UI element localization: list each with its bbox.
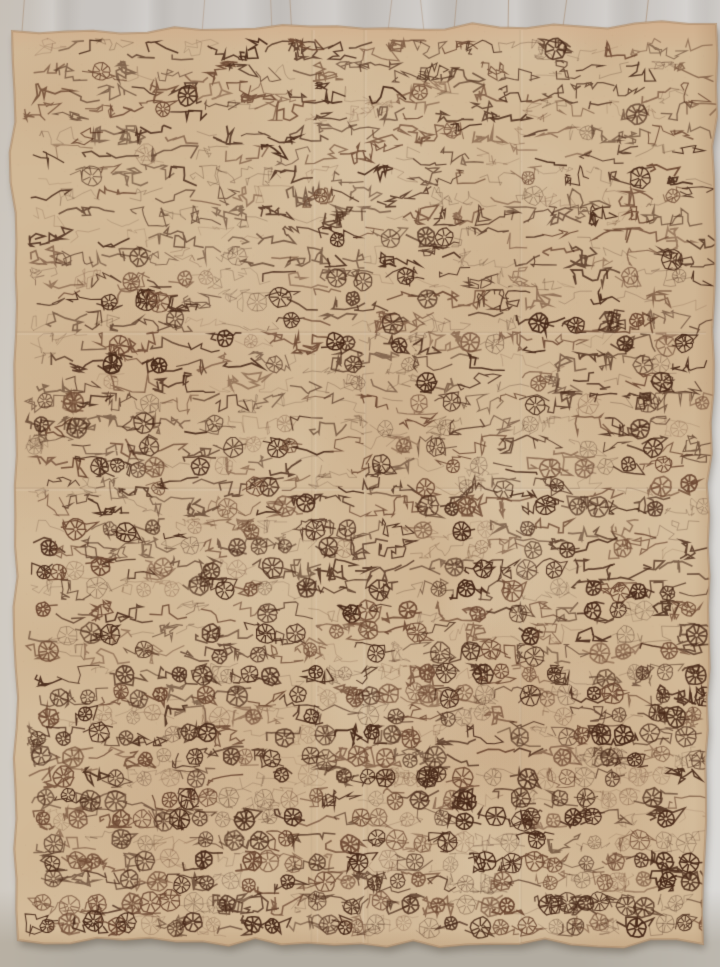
- textile-artwork-canvas: [0, 0, 720, 967]
- photograph: [0, 0, 720, 967]
